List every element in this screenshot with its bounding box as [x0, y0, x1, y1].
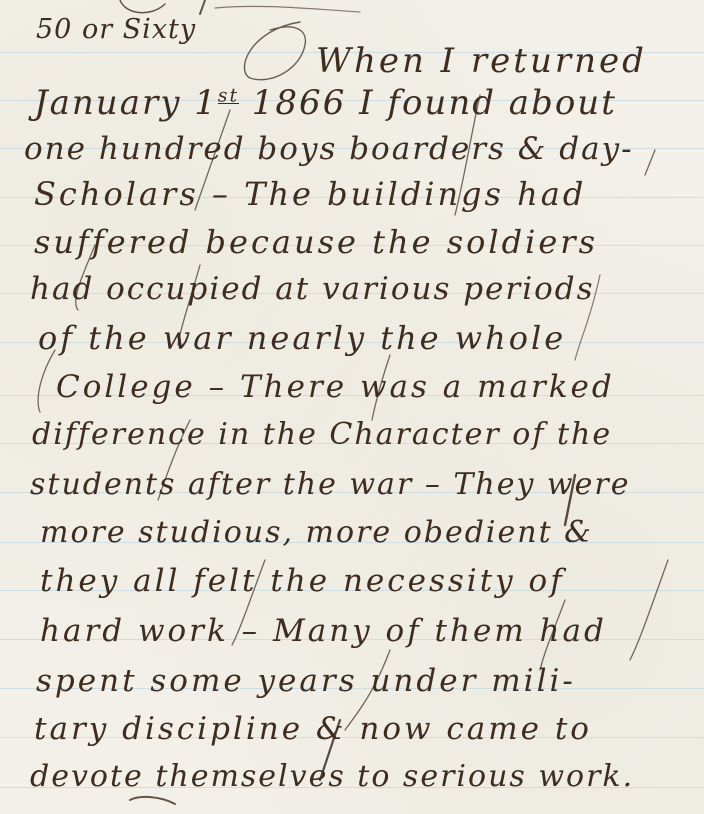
manuscript-line-16: tary discipline & now came to: [34, 714, 592, 745]
manuscript-line-2: When I returned: [316, 44, 647, 78]
manuscript-line-11: students after the war – They were: [30, 470, 630, 500]
manuscript-line-4: one hundred boys boarders & day-: [24, 134, 634, 165]
manuscript-line-1: 50 or Sixty: [36, 16, 196, 43]
manuscript-line-10: difference in the Character of the: [32, 420, 612, 450]
manuscript-line-6: suffered because the soldiers: [34, 226, 598, 258]
line-3-main: January 1: [34, 83, 218, 123]
manuscript-line-5: Scholars – The buildings had: [34, 178, 586, 210]
manuscript-line-9: College – There was a marked: [56, 372, 615, 403]
manuscript-page: 50 or Sixty When I returned January 1st …: [0, 0, 704, 814]
manuscript-line-7: had occupied at various periods: [30, 274, 595, 305]
manuscript-line-12: more studious, more obedient &: [40, 518, 593, 548]
manuscript-line-3: January 1st 1866 I found about: [34, 86, 617, 120]
manuscript-line-13: they all felt the necessity of: [40, 566, 565, 597]
manuscript-line-15: spent some years under mili-: [36, 666, 576, 697]
manuscript-line-14: hard work – Many of them had: [40, 616, 607, 647]
line-3-superscript: st: [218, 86, 239, 107]
manuscript-line-17: devote themselves to serious work.: [30, 762, 634, 792]
manuscript-line-8: of the war nearly the whole: [38, 322, 566, 354]
line-3-rest: 1866 I found about: [239, 83, 617, 123]
